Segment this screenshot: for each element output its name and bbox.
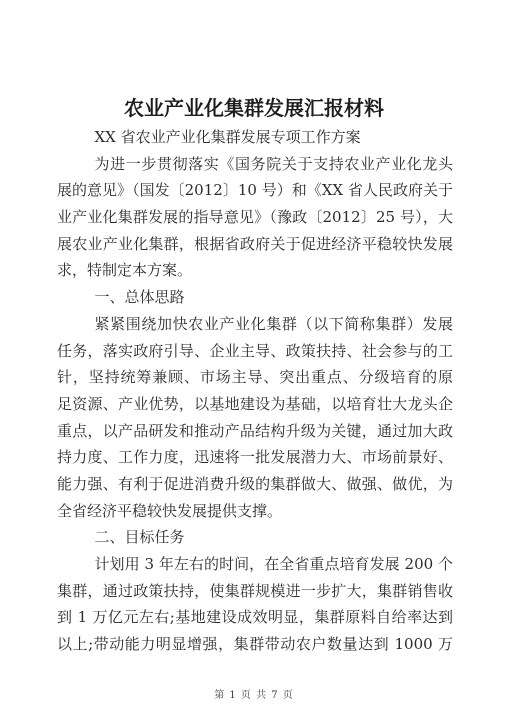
paragraph-line: 能力强、有利于促进消费升级的集群做大、做强、做优，为促进 (57, 471, 453, 498)
paragraph-line: 展农业产业化集群，根据省政府关于促进经济平稳较快发展的要 (57, 231, 453, 258)
paragraph-line: 全省经济平稳较快发展提供支撑。 (57, 498, 453, 525)
paragraph-line: 任务，落实政府引导、企业主导、政策扶持、社会参与的工作方 (57, 338, 453, 365)
paragraph-line: 以上;带动能力明显增强，集群带动农户数量达到 1000 万户以上， (57, 631, 453, 658)
section-heading: 二、目标任务 (57, 524, 453, 551)
paragraph-line: 针，坚持统筹兼顾、市场主导、突出重点、分级培育的原则，立 (57, 364, 453, 391)
document-page: 农业产业化集群发展汇报材料 XX 省农业产业化集群发展专项工作方案为进一步贯彻落… (0, 0, 508, 720)
document-body: XX 省农业产业化集群发展专项工作方案为进一步贯彻落实《国务院关于支持农业产业化… (57, 124, 453, 658)
paragraph-line: 为进一步贯彻落实《国务院关于支持农业产业化龙头企业发 (57, 151, 453, 178)
paragraph-line: 集群，通过政策扶持，使集群规模进一步扩大，集群销售收入达 (57, 578, 453, 605)
paragraph-line: 展的意见》（国发〔2012〕10 号）和《XX 省人民政府关于加快农 (57, 177, 453, 204)
paragraph-line: 计划用 3 年左右的时间，在全省重点培育发展 200 个左右的 (57, 551, 453, 578)
paragraph-line: 紧紧围绕加快农业产业化集群（以下简称集群）发展的目标 (57, 311, 453, 338)
document-subtitle: XX 省农业产业化集群发展专项工作方案 (57, 124, 453, 151)
document-title: 农业产业化集群发展汇报材料 (0, 92, 508, 121)
section-heading: 一、总体思路 (57, 284, 453, 311)
paragraph-line: 持力度、工作力度，迅速将一批发展潜力大、市场前景好、带动 (57, 444, 453, 471)
paragraph-line: 足资源、产业优势，以基地建设为基础，以培育壮大龙头企业为 (57, 391, 453, 418)
page-number: 第 1 页 共 7 页 (0, 686, 508, 701)
paragraph-line: 求，特制定本方案。 (57, 257, 453, 284)
paragraph-line: 业产业化集群发展的指导意见》（豫政〔2012〕25 号），大力发 (57, 204, 453, 231)
paragraph-line: 重点，以产品研发和推动产品结构升级为关键，通过加大政策扶 (57, 418, 453, 445)
paragraph-line: 到 1 万亿元左右;基地建设成效明显，集群原料自给率达到 50% (57, 604, 453, 631)
